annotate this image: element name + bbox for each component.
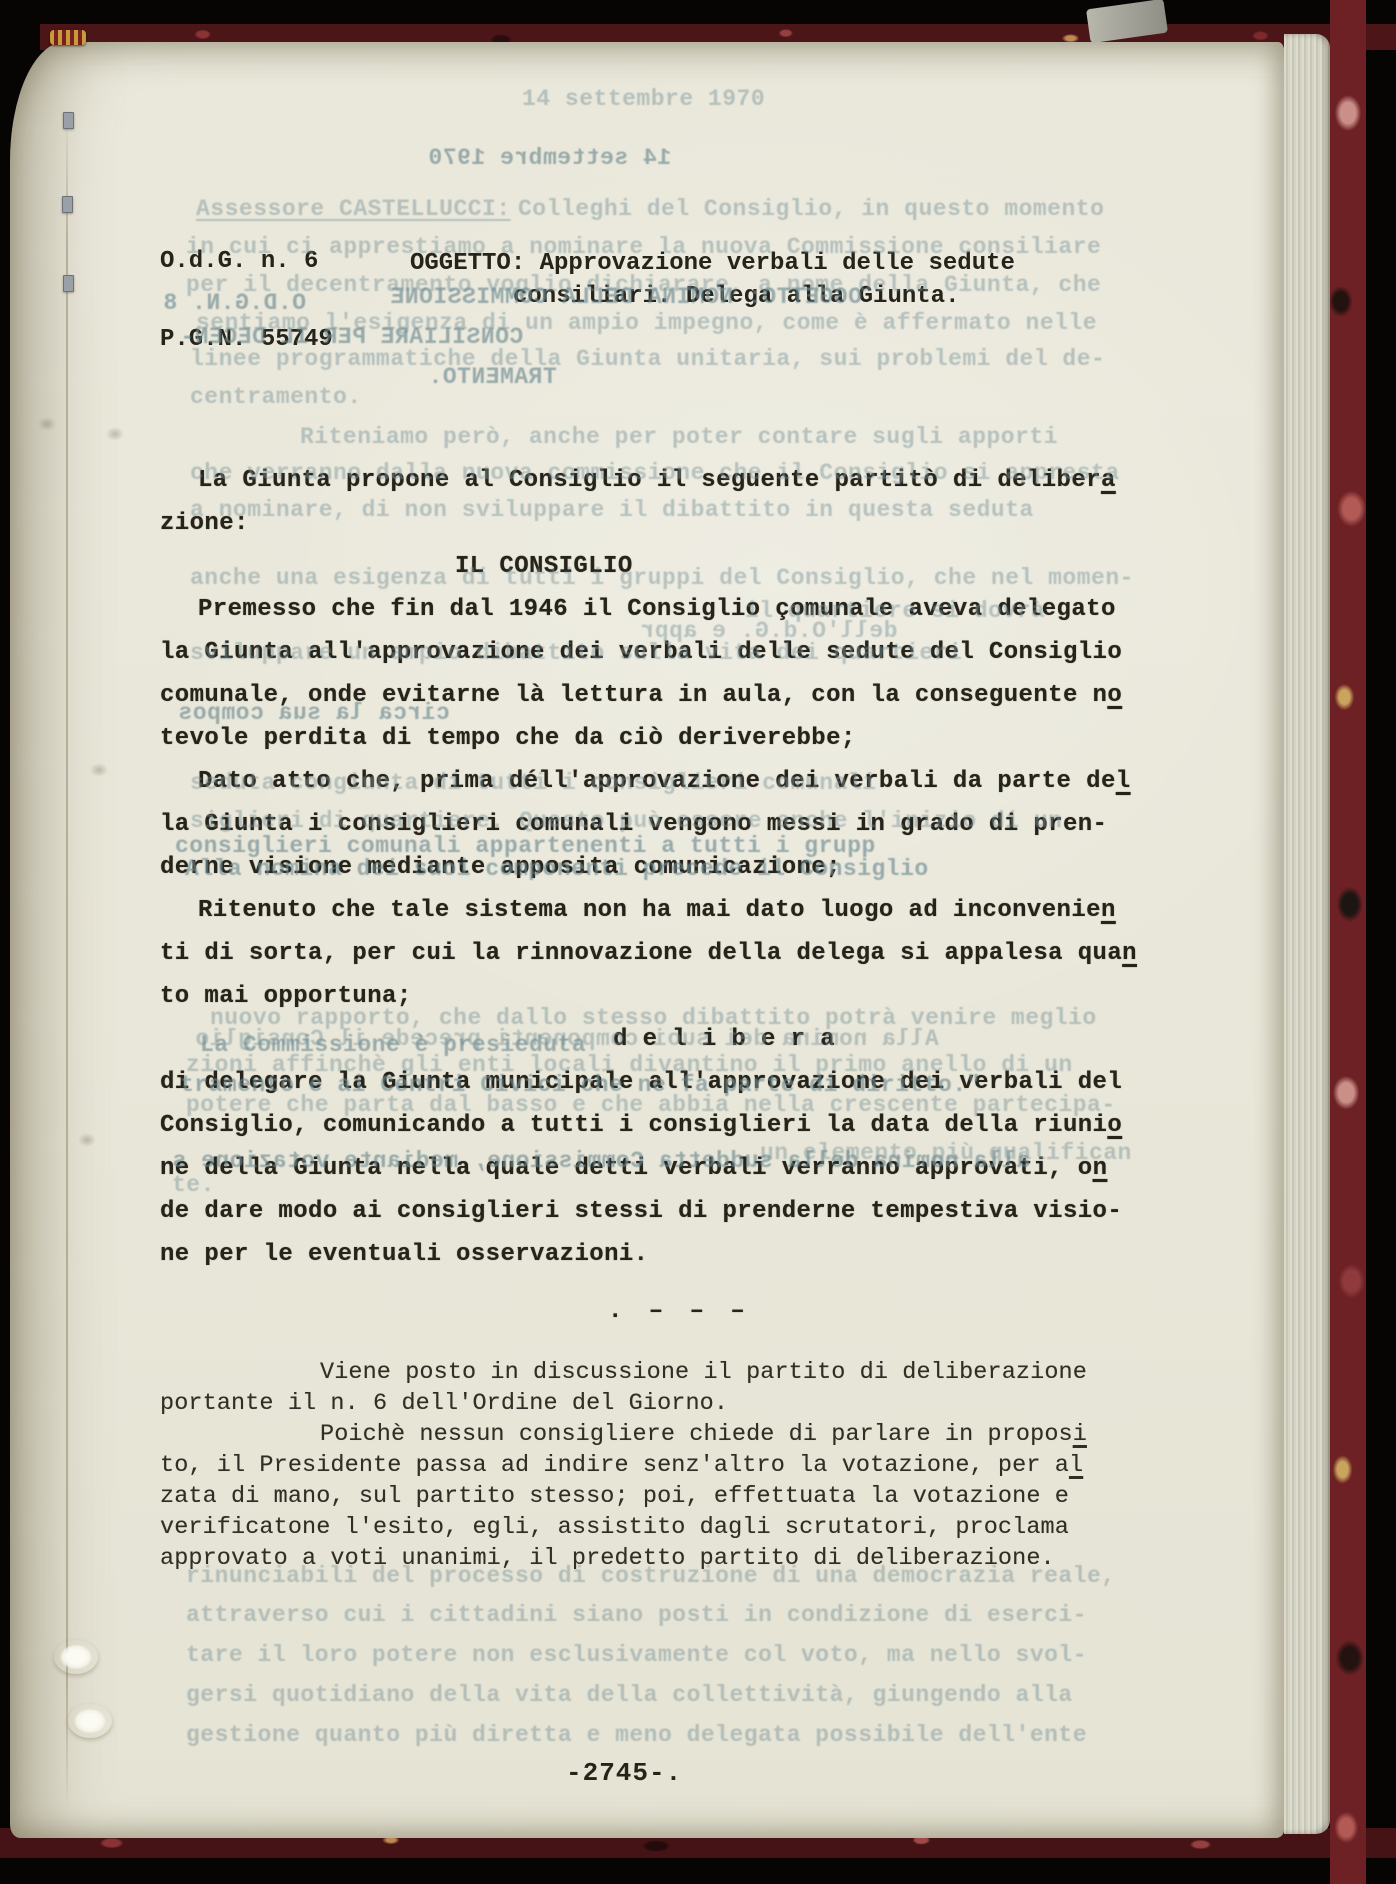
punch-hole-mark	[86, 760, 112, 780]
document-line: Viene posto in discussione il partito di…	[160, 1357, 1170, 1388]
pgn-number: P.G.N. 55749	[160, 325, 410, 355]
oggetto-line-1: OGGETTO: Approvazione verbali delle sedu…	[410, 247, 1015, 280]
document-line: comunale, onde evitarne là lettura in au…	[160, 674, 1170, 717]
binding-marble-edge	[1330, 0, 1366, 1884]
document-line: tevole perdita di tempo che da ciò deriv…	[160, 717, 1170, 760]
document-line: ti di sorta, per cui la rinnovazione del…	[160, 932, 1170, 975]
document-line: Consiglio, comunicando a tutti i consigl…	[160, 1104, 1170, 1147]
header-subject-block: OGGETTO: Approvazione verbali delle sedu…	[410, 247, 1015, 355]
document-line: di delegare la Giunta municipale all'app…	[160, 1061, 1170, 1104]
document-line: Poichè nessun consigliere chiede di parl…	[160, 1419, 1170, 1450]
document-line: IL CONSIGLIO	[455, 545, 1170, 588]
document-line: Ritenuto che tale sistema non ha mai dat…	[160, 889, 1170, 932]
gutter-crease	[66, 112, 68, 1812]
page-number: -2745-.	[566, 1758, 682, 1788]
document-line: approvato a voti unanimi, il predetto pa…	[160, 1543, 1170, 1574]
document-page: O.d.G. n. 6 P.G.N. 55749 OGGETTO: Approv…	[10, 42, 1284, 1838]
headband	[50, 30, 86, 45]
paper-tear	[54, 1640, 98, 1674]
document-line: to, il Presidente passa ad indire senz'a…	[160, 1450, 1170, 1481]
document-line: zata di mano, sul partito stesso; poi, e…	[160, 1481, 1170, 1512]
punch-hole-mark	[74, 1130, 100, 1150]
document-line: portante il n. 6 dell'Ordine del Giorno.	[160, 1388, 1170, 1419]
punch-hole-mark	[34, 414, 60, 434]
document-line: derne visione mediante apposita comunica…	[160, 846, 1170, 889]
document-line: . – – –	[608, 1290, 1170, 1333]
voting-text-block: Viene posto in discussione il partito di…	[160, 1357, 1170, 1574]
odg-number: O.d.G. n. 6	[160, 247, 410, 277]
oggetto-line-2: consiliari. Delega alla Giunta.	[410, 280, 1015, 313]
document-content: O.d.G. n. 6 P.G.N. 55749 OGGETTO: Approv…	[160, 247, 1170, 1574]
paper-tear	[68, 1704, 112, 1738]
page-stack-edge	[1284, 34, 1330, 1834]
document-line: verificatone l'esito, egli, assistito da…	[160, 1512, 1170, 1543]
document-line: ne della Giunta nella quale detti verbal…	[160, 1147, 1170, 1190]
document-line: La Giunta propone al Consiglio il seguen…	[160, 459, 1170, 502]
punch-hole-mark	[102, 424, 128, 444]
header-reference-column: O.d.G. n. 6 P.G.N. 55749	[160, 247, 410, 355]
document-line: ne per le eventuali osservazioni.	[160, 1233, 1170, 1276]
staple	[63, 112, 74, 129]
document-line: d e l i b e r a	[613, 1018, 1170, 1061]
document-line: to mai opportuna;	[160, 975, 1170, 1018]
document-line: la Giunta all'approvazione dei verbali d…	[160, 631, 1170, 674]
book-scan: O.d.G. n. 6 P.G.N. 55749 OGGETTO: Approv…	[0, 0, 1396, 1884]
document-header: O.d.G. n. 6 P.G.N. 55749 OGGETTO: Approv…	[160, 247, 1170, 355]
staple	[62, 196, 73, 213]
document-line: zione:	[160, 502, 1170, 545]
document-line: Dato atto che, prima déll'approvazione d…	[160, 760, 1170, 803]
document-line: la Giunta i consiglieri comunali vengono…	[160, 803, 1170, 846]
deliberation-text-block: La Giunta propone al Consiglio il seguen…	[160, 459, 1170, 1333]
staple	[63, 275, 74, 292]
document-line: de dare modo ai consiglieri stessi di pr…	[160, 1190, 1170, 1233]
document-line: Premesso che fin dal 1946 il Consiglio ç…	[160, 588, 1170, 631]
